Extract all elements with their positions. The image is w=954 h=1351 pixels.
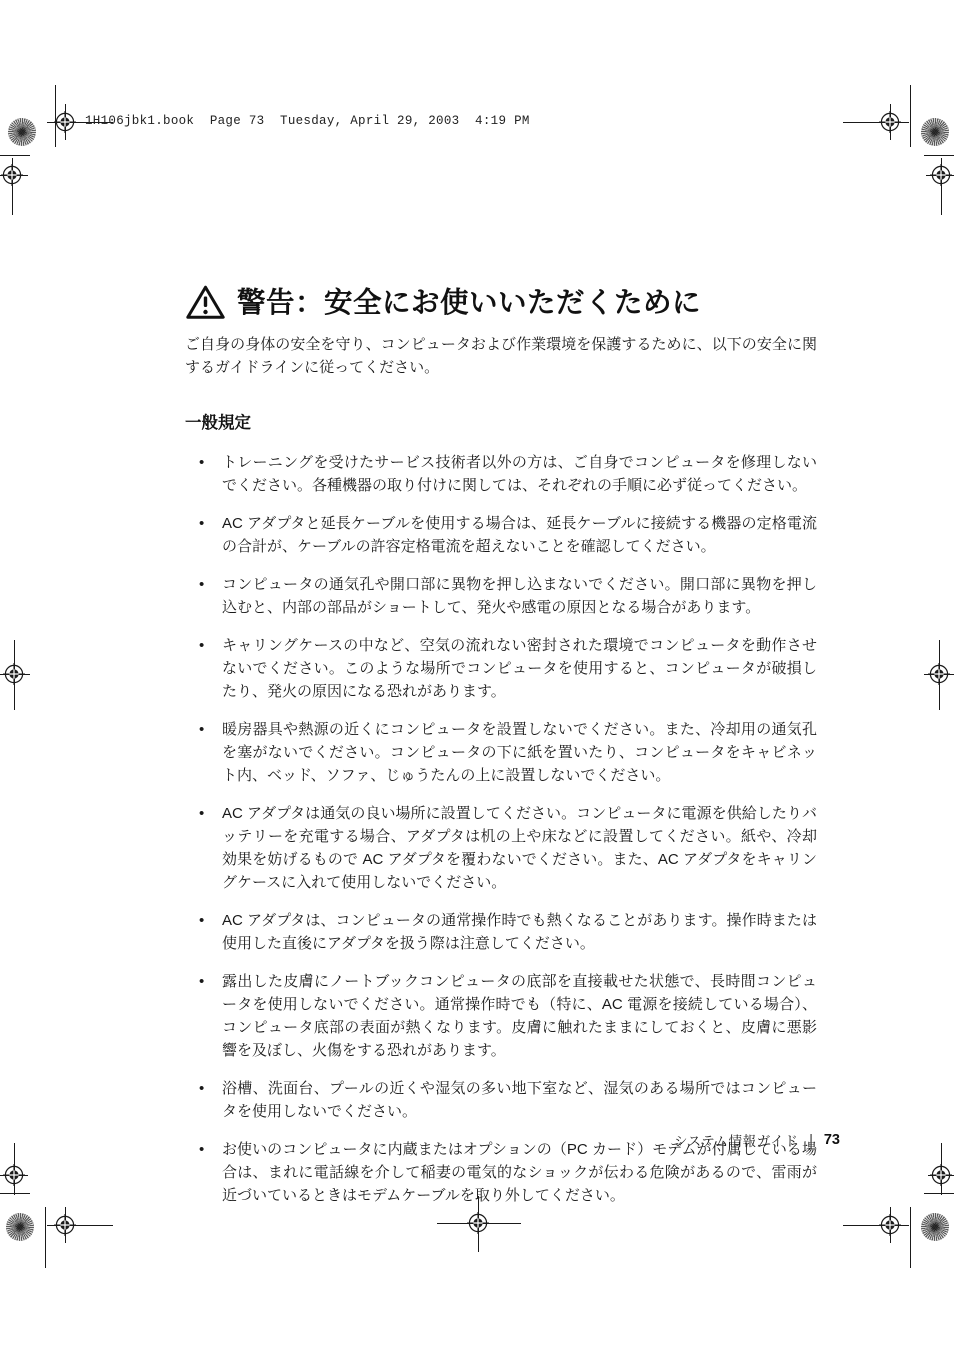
crop-mark-line — [924, 155, 954, 156]
color-calibration-disc-icon — [8, 118, 36, 146]
registration-target-icon — [54, 1214, 76, 1236]
registration-target-icon — [54, 111, 76, 133]
crop-mark-line — [910, 1207, 911, 1268]
book-header: 1H106jbk1.book Page 73 Tuesday, April 29… — [85, 114, 530, 128]
list-item: トレーニングを受けたサービス技術者以外の方は、ご自身でコンピュータを修理しないで… — [185, 451, 817, 497]
registration-target-icon — [930, 164, 952, 186]
registration-target-icon — [3, 1164, 25, 1186]
page-content: 警告：安全にお使いいただくために ご自身の身体の安全を守り、コンピュータおよび作… — [185, 280, 817, 1222]
safety-rules-list: トレーニングを受けたサービス技術者以外の方は、ご自身でコンピュータを修理しないで… — [185, 451, 817, 1207]
list-item: 露出した皮膚にノートブックコンピュータの底部を直接載せた状態で、長時間コンピュー… — [185, 970, 817, 1062]
registration-target-icon — [879, 1214, 901, 1236]
warning-triangle-icon — [185, 284, 226, 320]
footer-doc-title: システム情報ガイド — [674, 1130, 798, 1150]
crop-mark-line — [0, 1193, 30, 1194]
warning-title-row: 警告：安全にお使いいただくために — [185, 280, 817, 321]
page-footer: システム情報ガイド | 73 — [674, 1130, 840, 1150]
registration-target-icon — [879, 111, 901, 133]
crop-mark-line — [924, 1193, 954, 1194]
list-item: キャリングケースの中など、空気の流れない密封された環境でコンピュータを動作させな… — [185, 634, 817, 703]
page-title: 警告：安全にお使いいただくために — [237, 280, 701, 321]
registration-target-icon — [3, 663, 25, 685]
crop-mark-line — [45, 1207, 46, 1268]
crop-mark-line — [0, 155, 30, 156]
document-page: { "document": { "header_line": "1H106jbk… — [0, 0, 954, 1351]
registration-target-icon — [928, 663, 950, 685]
list-item: 暖房器具や熱源の近くにコンピュータを設置しないでください。また、冷却用の通気孔を… — [185, 718, 817, 787]
color-calibration-disc-icon — [6, 1213, 34, 1241]
list-item: 浴槽、洗面台、プールの近くや湿気の多い地下室など、湿気のある場所ではコンピュータ… — [185, 1077, 817, 1123]
list-item: AC アダプタは、コンピュータの通常操作時でも熱くなることがあります。操作時また… — [185, 909, 817, 955]
list-item: AC アダプタと延長ケーブルを使用する場合は、延長ケーブルに接続する機器の定格電… — [185, 512, 817, 558]
registration-target-icon — [930, 1164, 952, 1186]
footer-page-number: 73 — [824, 1132, 840, 1148]
list-item: コンピュータの通気孔や開口部に異物を押し込まないでください。開口部に異物を押し込… — [185, 573, 817, 619]
footer-separator: | — [809, 1131, 813, 1149]
section-heading: 一般規定 — [185, 409, 817, 433]
crop-mark-line — [910, 85, 911, 147]
color-calibration-disc-icon — [921, 1213, 949, 1241]
intro-paragraph: ご自身の身体の安全を守り、コンピュータおよび作業環境を保護するために、以下の安全… — [185, 333, 817, 379]
list-item: AC アダプタは通気の良い場所に設置してください。コンピュータに電源を供給したり… — [185, 802, 817, 894]
registration-target-icon — [1, 164, 23, 186]
color-calibration-disc-icon — [921, 118, 949, 146]
